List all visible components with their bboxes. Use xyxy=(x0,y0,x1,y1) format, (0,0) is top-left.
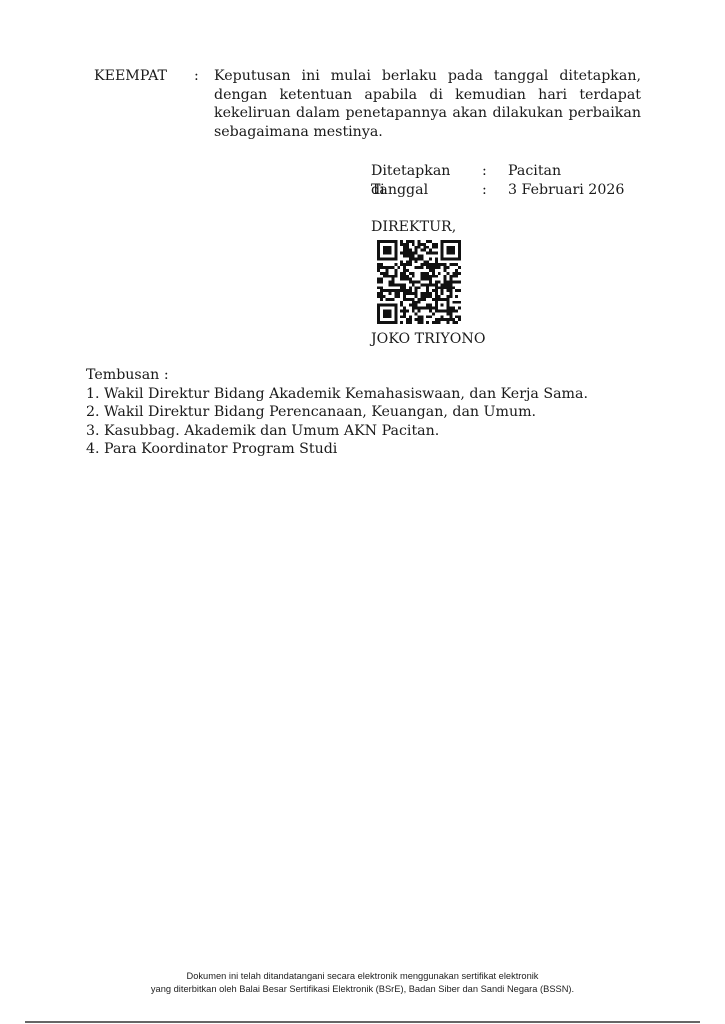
e-signature-note-line-2: yang diterbitkan oleh Balai Besar Sertif… xyxy=(0,983,725,996)
date-label: Tanggal xyxy=(371,181,428,200)
e-signature-note-line-1: Dokumen ini telah ditandatangani secara … xyxy=(0,970,725,983)
place-colon: : xyxy=(482,162,487,181)
date-colon: : xyxy=(482,181,487,200)
cc-item: 3. Kasubbag. Akademik dan Umum AKN Pacit… xyxy=(86,422,588,441)
place-value: Pacitan xyxy=(508,162,561,181)
cc-item: 1. Wakil Direktur Bidang Akademik Kemaha… xyxy=(86,385,588,404)
decision-colon: : xyxy=(194,67,199,86)
cc-heading: Tembusan : xyxy=(86,366,588,385)
decision-text: Keputusan ini mulai berlaku pada tanggal… xyxy=(214,67,641,141)
signer-name: JOKO TRIYONO xyxy=(371,330,485,349)
cc-item: 2. Wakil Direktur Bidang Perencanaan, Ke… xyxy=(86,403,588,422)
e-signature-note: Dokumen ini telah ditandatangani secara … xyxy=(0,970,725,996)
cc-item: 4. Para Koordinator Program Studi xyxy=(86,440,588,459)
carbon-copy-list: Tembusan : 1. Wakil Direktur Bidang Akad… xyxy=(86,366,588,459)
decision-label: KEEMPAT xyxy=(94,67,167,86)
date-value: 3 Februari 2026 xyxy=(508,181,624,200)
qr-code-icon xyxy=(377,240,461,324)
footer-divider xyxy=(25,1021,700,1023)
signer-title: DIREKTUR, xyxy=(371,218,456,237)
